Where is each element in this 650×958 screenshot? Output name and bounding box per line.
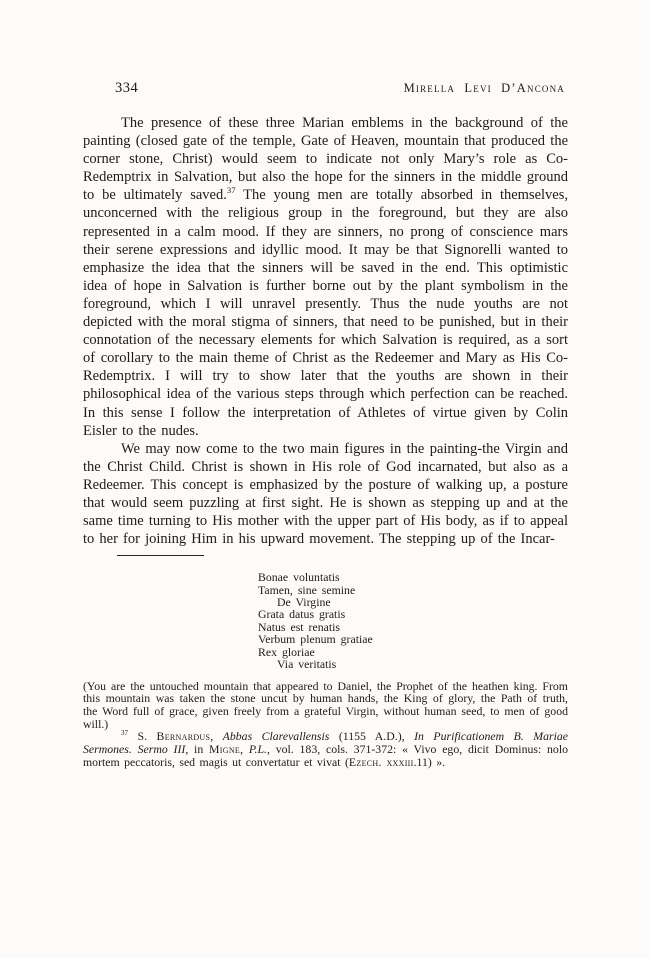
quote-line: Verbum plenum gratiae [258, 633, 568, 645]
footnote-block: (You are the untouched mountain that app… [83, 680, 568, 769]
quote-line: Grata datus gratis [258, 608, 568, 620]
text-segment-normal: We may now come to the two main figures … [83, 441, 568, 547]
footnote-37: 37 S. Bernardus, Abbas Clarevallensis (1… [83, 730, 568, 768]
quote-line: Bonae voluntatis [258, 571, 568, 583]
body-paragraph-1: The presence of these three Marian emble… [83, 114, 568, 440]
running-head: 334 Mirella Levi D’Ancona [83, 80, 568, 97]
text-segment-smallcaps: Ezech. xxxiii [349, 755, 414, 769]
page-number: 334 [83, 80, 138, 97]
body-paragraph-2: We may now come to the two main figures … [83, 440, 568, 549]
text-segment-normal: The young men are totally absorbed in th… [83, 187, 568, 438]
latin-verse-quote: Bonae voluntatisTamen, sine semineDe Vir… [258, 571, 568, 670]
text-segment-normal: .11) ». [414, 755, 446, 769]
verse-translation: (You are the untouched mountain that app… [83, 680, 568, 731]
page-content: 334 Mirella Levi D’Ancona The presence o… [83, 0, 568, 768]
footnote-rule [117, 555, 204, 556]
text-segment-sup: 37 [227, 186, 236, 196]
quote-line: Via veritatis [258, 658, 568, 670]
running-head-author: Mirella Levi D’Ancona [404, 81, 568, 96]
text-segment-normal: (You are the untouched mountain that app… [83, 679, 568, 731]
document-page: 334 Mirella Levi D’Ancona The presence o… [0, 0, 650, 958]
